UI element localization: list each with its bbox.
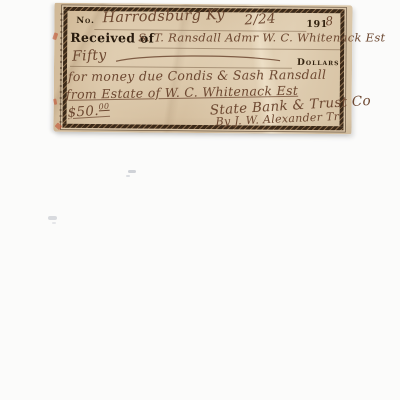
amount-cents: 00 — [98, 102, 109, 112]
date-handwriting: 2/24 — [244, 11, 276, 29]
scan-edge-mark — [53, 98, 57, 104]
scan-speck — [48, 216, 57, 220]
payer-handwriting: S. T. Ransdall Admr W. C. Whitenack Est — [138, 31, 385, 45]
scan-speck — [52, 222, 56, 224]
receipt-paper: No. Harrodsburg Ky 2/24 191 8 Received o… — [53, 3, 352, 135]
scan-speck — [128, 170, 136, 173]
scan-edge-mark — [55, 122, 63, 130]
amount-figures-handwriting: $50.00 — [67, 102, 110, 121]
year-digit-handwriting: 8 — [325, 14, 334, 29]
place-handwriting: Harrodsburg Ky — [102, 7, 225, 26]
scan-edge-mark — [52, 32, 58, 40]
scan-speck — [126, 175, 130, 177]
amount-dollars: $50. — [67, 103, 99, 121]
no-label: No. — [76, 16, 94, 26]
amount-words-handwriting: Fifty — [72, 47, 107, 64]
pen-flourish-line — [114, 52, 282, 65]
memo-line-1-handwriting: for money due Condis & Sash Ransdall — [68, 67, 326, 84]
